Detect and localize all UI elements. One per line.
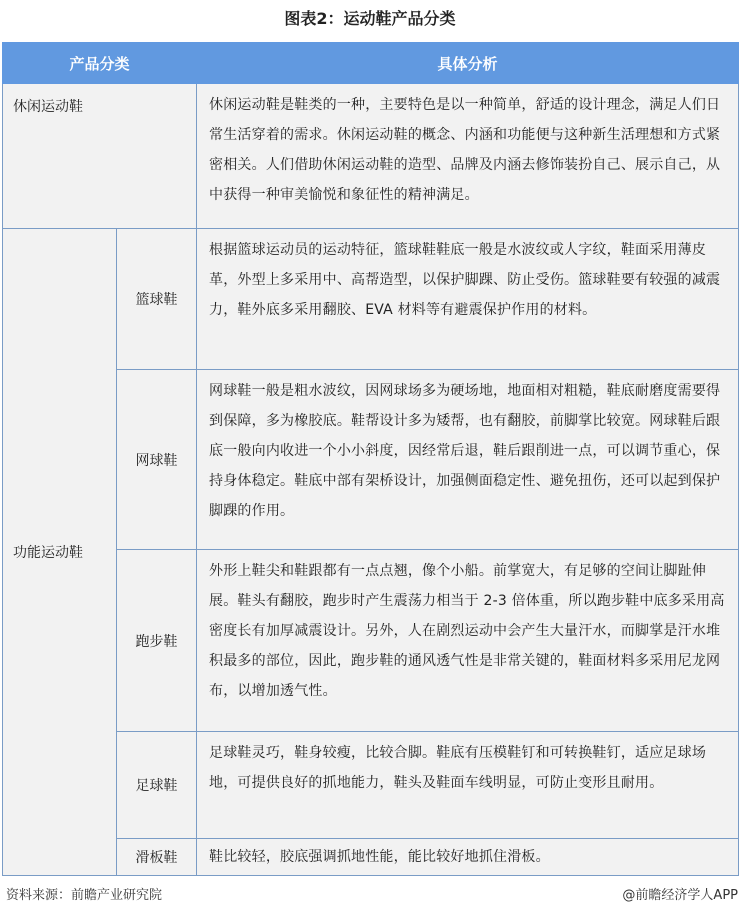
product-classification-table: 产品分类 具体分析 休闲运动鞋 休闲运动鞋是鞋类的一种，主要特色是以一种简单，舒… (2, 42, 739, 876)
subcategory-cell: 篮球鞋 (117, 229, 197, 370)
credit-note: @前瞻经济学人APP (622, 884, 738, 903)
source-note: 资料来源：前瞻产业研究院 (6, 884, 162, 903)
description-cell: 休闲运动鞋是鞋类的一种，主要特色是以一种简单，舒适的设计理念，满足人们日常生活穿… (197, 84, 739, 229)
header-analysis: 具体分析 (197, 43, 739, 84)
subcategory-cell: 滑板鞋 (117, 839, 197, 876)
description-cell: 鞋比较轻，胶底强调抓地性能，能比较好地抓住滑板。 (197, 839, 739, 876)
header-category: 产品分类 (3, 43, 197, 84)
subcategory-cell: 跑步鞋 (117, 550, 197, 732)
description-cell: 外形上鞋尖和鞋跟都有一点点翘，像个小船。前掌宽大，有足够的空间让脚趾伸展。鞋头有… (197, 550, 739, 732)
subcategory-cell: 足球鞋 (117, 732, 197, 839)
table-row: 功能运动鞋 篮球鞋 根据篮球运动员的运动特征，篮球鞋鞋底一般是水波纹或人字纹，鞋… (3, 229, 739, 370)
description-cell: 网球鞋一般是粗水波纹，因网球场多为硬场地，地面相对粗糙，鞋底耐磨度需要得到保障，… (197, 370, 739, 550)
figure-title: 图表2：运动鞋产品分类 (0, 6, 740, 32)
description-cell: 根据篮球运动员的运动特征，篮球鞋鞋底一般是水波纹或人字纹，鞋面采用薄皮革，外型上… (197, 229, 739, 370)
category-cell: 功能运动鞋 (3, 229, 117, 876)
category-cell: 休闲运动鞋 (3, 84, 197, 229)
subcategory-cell: 网球鞋 (117, 370, 197, 550)
table-row: 休闲运动鞋 休闲运动鞋是鞋类的一种，主要特色是以一种简单，舒适的设计理念，满足人… (3, 84, 739, 229)
description-cell: 足球鞋灵巧，鞋身较瘦，比较合脚。鞋底有压模鞋钉和可转换鞋钉，适应足球场地，可提供… (197, 732, 739, 839)
table-header-row: 产品分类 具体分析 (3, 43, 739, 84)
